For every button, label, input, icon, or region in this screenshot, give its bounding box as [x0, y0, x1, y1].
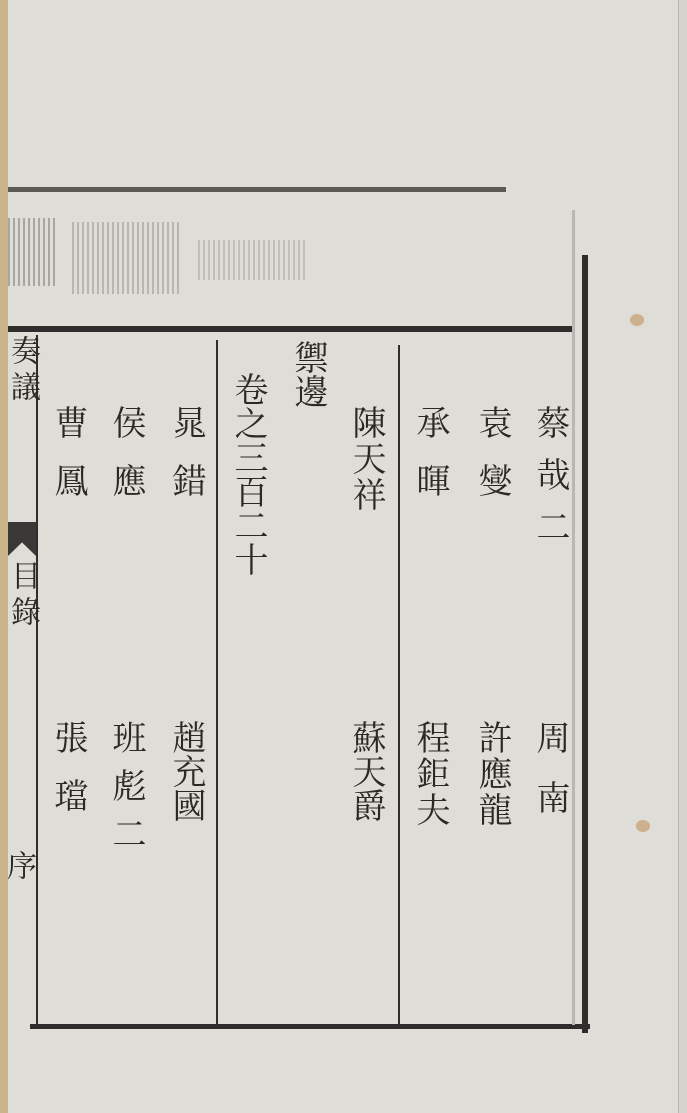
- entry-name: 許應龍: [472, 720, 512, 828]
- margin-partial-char: 序: [2, 850, 34, 886]
- main-frame-bottom-rule: [30, 1024, 590, 1029]
- entry-name: 袁燮: [472, 405, 512, 521]
- entry-name: 晁錯: [166, 405, 206, 521]
- page-right-edge: [678, 0, 687, 1113]
- column-divider: [36, 335, 38, 1025]
- worn-print-block: [8, 218, 56, 286]
- main-frame-top-rule: [8, 326, 574, 332]
- margin-book-title: 奏議: [6, 335, 38, 407]
- margin-section-label: 目錄: [6, 560, 38, 632]
- volume-label: 卷之三百二十: [228, 372, 268, 576]
- entry-name: 班彪二: [106, 720, 146, 864]
- entry-name: 侯應: [106, 405, 146, 521]
- book-spine-edge: [0, 0, 8, 1113]
- column-divider: [216, 340, 218, 1025]
- paper-wormhole: [630, 314, 644, 326]
- worn-print-block: [198, 240, 308, 280]
- entry-name: 蘇天爵: [346, 720, 386, 822]
- entry-name: 趙充國: [166, 720, 206, 822]
- inner-right-guide: [572, 210, 575, 1025]
- entry-name: 周南: [530, 720, 570, 840]
- category-heading: 禦邊: [288, 340, 328, 408]
- entry-name: 陳天祥: [346, 405, 386, 513]
- upper-frame-top-rule: [8, 187, 506, 192]
- worn-print-block: [72, 222, 180, 294]
- entry-name: 張璫: [48, 720, 88, 836]
- entry-name: 承暉: [410, 405, 450, 521]
- main-frame-right-rule: [582, 255, 588, 1033]
- entry-name: 蔡哉二: [530, 405, 570, 561]
- column-divider: [398, 345, 400, 1025]
- paper-wormhole: [636, 820, 650, 832]
- entry-name: 程鉅夫: [410, 720, 450, 828]
- entry-name: 曹鳳: [48, 405, 88, 521]
